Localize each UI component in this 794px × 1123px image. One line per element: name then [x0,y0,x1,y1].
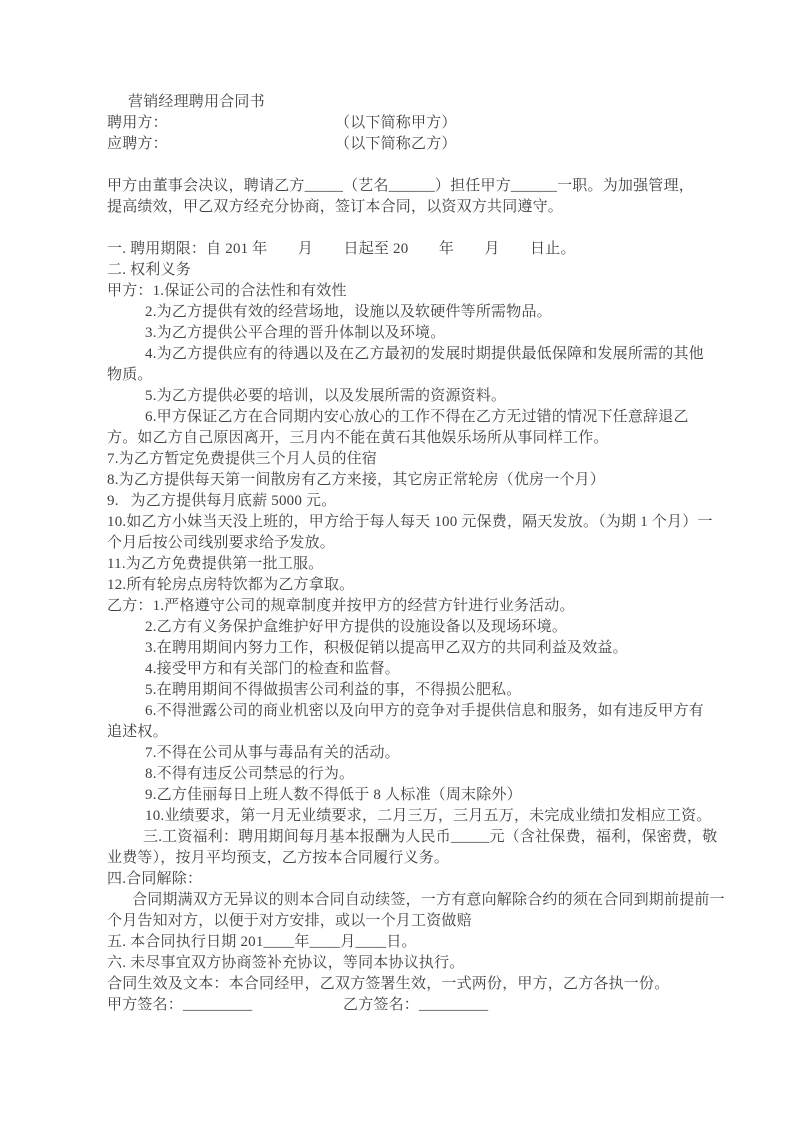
party-a-duty-3: 3.为乙方提供公平合理的晋升体制以及环境。 [107,323,707,344]
party-b-duty-5: 5.在聘用期间不得做损害公司利益的事，不得损公肥私。 [107,680,707,701]
signature-line: 甲方签名：_________乙方签名：_________ [107,995,707,1016]
blank-line [107,155,707,176]
party-a-duty-11: 11.为乙方免费提供第一批工服。 [107,554,707,575]
party-a-duty-4: 4.为乙方提供应有的待遇以及在乙方最初的发展时期提供最低保障和发展所需的其他 [107,344,707,365]
party-a-duty-12: 12.所有轮房点房特饮都为乙方拿取。 [107,575,707,596]
section-3-salary: 三.工资福利：聘用期间每月基本报酬为人民币_____元（含社保费，福利，保密费，… [107,827,707,848]
party-b-duty-9: 9.乙方佳丽每日上班人数不得低于 8 人标准（周末除外） [107,785,707,806]
section-3-salary-cont: 业费等），按月平均预支，乙方按本合同履行义务。 [107,848,707,869]
section-5-date: 五. 本合同执行日期 201____年____月____日。 [107,932,707,953]
party-b-duty-6-cont: 追述权。 [107,722,707,743]
party-a-alias: （以下简称甲方） [335,113,457,134]
party-b-duty-3: 3.在聘用期间内努力工作，积极促销以提高甲乙双方的共同利益及效益。 [107,638,707,659]
intro-line-1: 甲方由董事会决议，聘请乙方_____（艺名______）担任甲方______一职… [107,176,707,197]
section-4-body-1: 合同期满双方无异议的则本合同自动续签，一方有意向解除合约的须在合同到期前提前一 [107,890,707,911]
party-a-duty-2: 2.为乙方提供有效的经营场地，设施以及软硬件等所需物品。 [107,302,707,323]
party-a-duty-10-cont: 个月后按公司线别要求给予发放。 [107,533,707,554]
effectiveness-line: 合同生效及文本：本合同经甲，乙双方签署生效，一式两份，甲方，乙方各执一份。 [107,974,707,995]
party-a-duty-6-cont: 方。如乙方自己原因离开，三月内不能在黄石其他娱乐场所从事同样工作。 [107,428,707,449]
party-b-duty-4: 4.接受甲方和有关部门的检查和监督。 [107,659,707,680]
party-b-alias: （以下简称乙方） [335,134,457,155]
party-b-duty-6: 6.不得泄露公司的商业机密以及向甲方的竞争对手提供信息和服务，如有违反甲方有 [107,701,707,722]
party-b-duty-8: 8.不得有违反公司禁忌的行为。 [107,764,707,785]
party-a-signature-label: 甲方签名： [107,997,183,1013]
document-page: 营销经理聘用合同书聘用方：（以下简称甲方）应聘方：（以下简称乙方） 甲方由董事会… [0,0,794,1123]
party-a-signature-blank: _________ [183,997,252,1013]
party-a-duty-7: 7.为乙方暂定免费提供三个月人员的住宿 [107,449,707,470]
party-a-duty-5: 5.为乙方提供必要的培训，以及发展所需的资源资料。 [107,386,707,407]
party-b-duty-10: 10.业绩要求，第一月无业绩要求，二月三万，三月五万，未完成业绩扣发相应工资。 [107,806,707,827]
blank-line [107,218,707,239]
party-a-duty-4-cont: 物质。 [107,365,707,386]
party-b-duty-2: 2.乙方有义务保护盒维护好甲方提供的设施设备以及现场环境。 [107,617,707,638]
section-2-heading: 二. 权利义务 [107,260,707,281]
party-a-duty-8: 8.为乙方提供每天第一间散房有乙方来接，其它房正常轮房（优房一个月） [107,470,707,491]
party-a-duty-9: 9. 为乙方提供每月底薪 5000 元。 [107,491,707,512]
party-b-duty-7: 7.不得在公司从事与毒品有关的活动。 [107,743,707,764]
contract-content: 营销经理聘用合同书聘用方：（以下简称甲方）应聘方：（以下简称乙方） 甲方由董事会… [107,92,707,1016]
section-1-term: 一. 聘用期限：自 201 年 月 日起至 20 年 月 日止。 [107,239,707,260]
section-6-supplement: 六. 未尽事宜双方协商签补充协议，等同本协议执行。 [107,953,707,974]
party-a-line: 聘用方：（以下简称甲方） [107,113,707,134]
party-b-duty-1: 乙方：1.严格遵守公司的规章制度并按甲方的经营方针进行业务活动。 [107,596,707,617]
party-b-signature: 乙方签名：_________ [343,995,488,1016]
party-b-label: 应聘方： [107,136,168,152]
intro-line-2: 提高绩效，甲乙双方经充分协商，签订本合同，以资双方共同遵守。 [107,197,707,218]
party-a-duty-1: 甲方：1.保证公司的合法性和有效性 [107,281,707,302]
party-a-duty-10: 10.如乙方小妹当天没上班的，甲方给于每人每天 100 元保费，隔天发放。（为期… [107,512,707,533]
party-b-line: 应聘方：（以下简称乙方） [107,134,707,155]
party-a-duty-6: 6.甲方保证乙方在合同期内安心放心的工作不得在乙方无过错的情况下任意辞退乙 [107,407,707,428]
section-4-heading: 四.合同解除： [107,869,707,890]
section-4-body-2: 个月告知对方，以便于对方安排，或以一个月工资做赔 [107,911,707,932]
doc-title: 营销经理聘用合同书 [107,92,707,113]
party-a-label: 聘用方： [107,115,168,131]
